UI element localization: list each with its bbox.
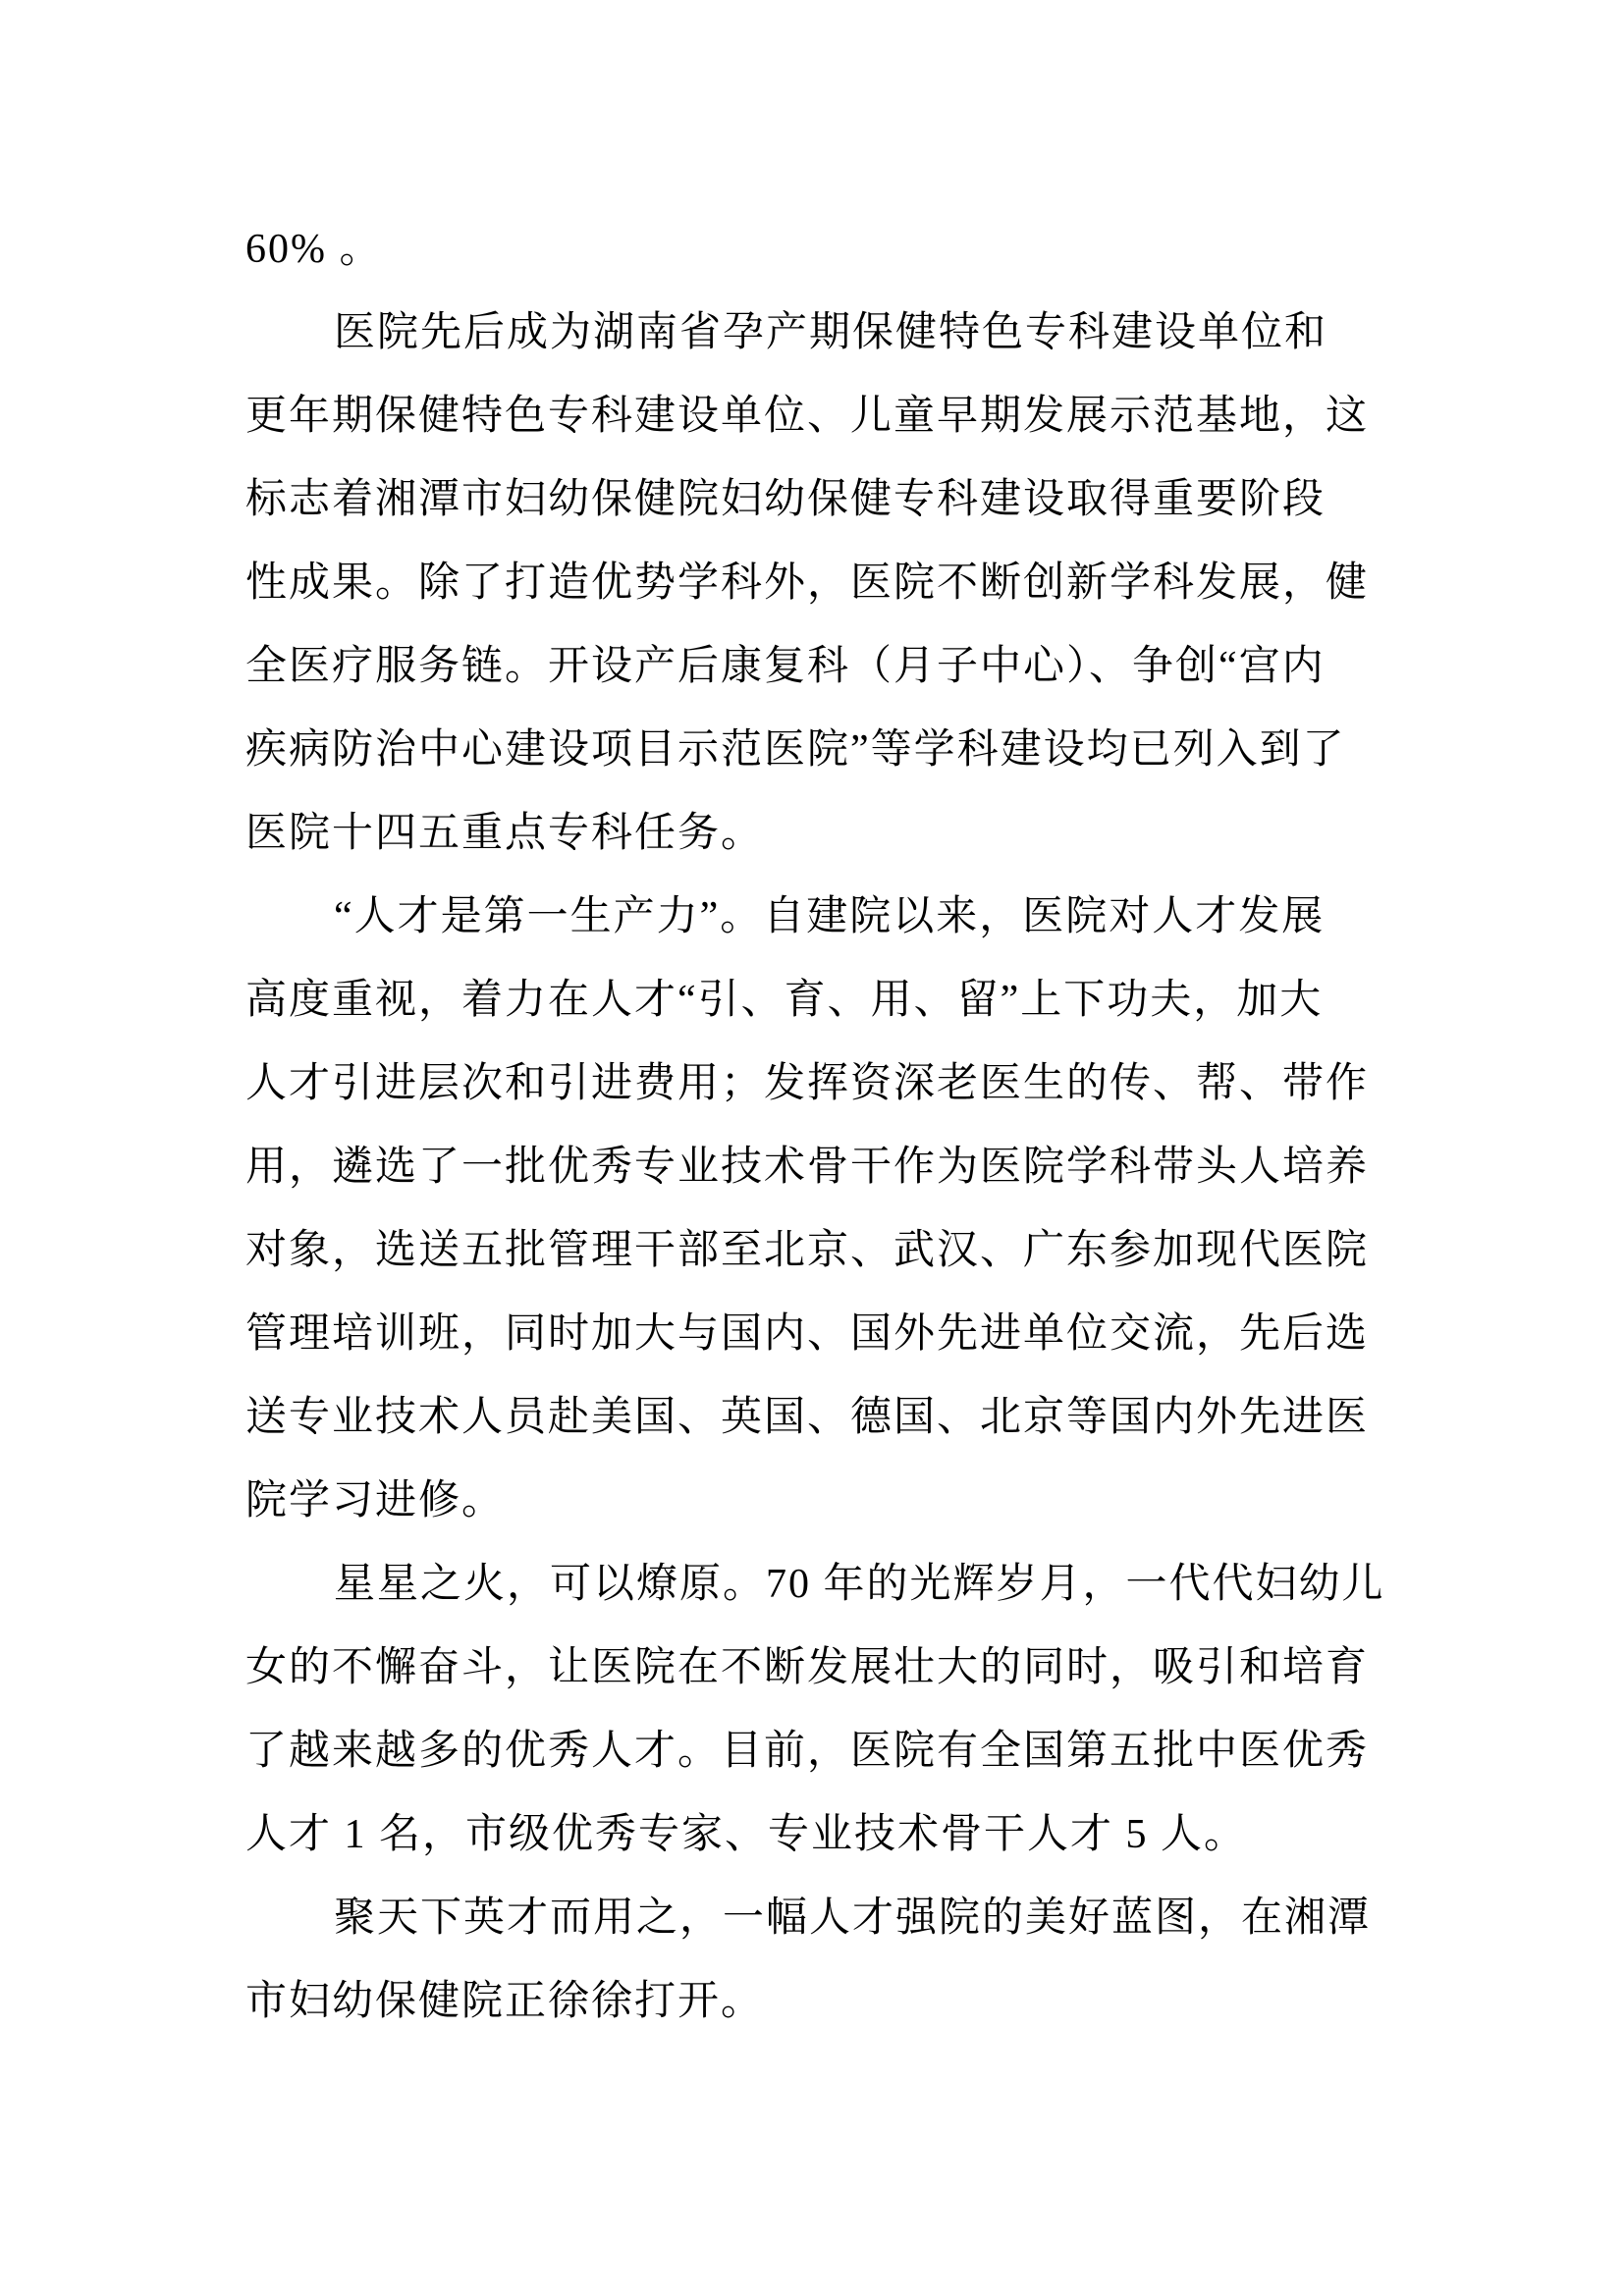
text-line: 全医疗服务链。开设产后康复科（月子中心）、争创“宫内	[245, 625, 1394, 709]
text-line: 聚天下英才而用之，一幅人才强院的美好蓝图，在湘潭	[245, 1877, 1394, 1960]
text-line: 了越来越多的优秀人才。目前，医院有全国第五批中医优秀	[245, 1710, 1394, 1793]
text-line: 用，遴选了一批优秀专业技术骨干作为医院学科带头人培养	[245, 1126, 1394, 1209]
text-line: 更年期保健特色专科建设单位、儿童早期发展示范基地，这	[245, 375, 1394, 458]
text-line: 医院先后成为湖南省孕产期保健特色专科建设单位和	[245, 292, 1394, 375]
text-line: 疾病防治中心建设项目示范医院”等学科建设均已列入到了	[245, 709, 1394, 792]
document-page: 60% 。医院先后成为湖南省孕产期保健特色专科建设单位和更年期保健特色专科建设单…	[0, 0, 1624, 2296]
text-line: “人才是第一生产力”。自建院以来，医院对人才发展	[245, 876, 1394, 959]
text-line: 标志着湘潭市妇幼保健院妇幼保健专科建设取得重要阶段	[245, 458, 1394, 542]
text-line: 人才 1 名，市级优秀专家、专业技术骨干人才 5 人。	[245, 1793, 1394, 1877]
text-line: 对象，选送五批管理干部至北京、武汉、广东参加现代医院	[245, 1209, 1394, 1293]
text-line: 管理培训班，同时加大与国内、国外先进单位交流，先后选	[245, 1293, 1394, 1376]
text-line: 市妇幼保健院正徐徐打开。	[245, 1960, 1394, 2044]
text-line: 医院十四五重点专科任务。	[245, 792, 1394, 876]
text-line: 60% 。	[245, 208, 1394, 292]
text-line: 高度重视，着力在人才“引、育、用、留”上下功夫，加大	[245, 959, 1394, 1042]
text-line: 星星之火，可以燎原。70 年的光辉岁月，一代代妇幼儿	[245, 1543, 1394, 1627]
text-line: 人才引进层次和引进费用；发挥资深老医生的传、帮、带作	[245, 1042, 1394, 1126]
text-block: 60% 。医院先后成为湖南省孕产期保健特色专科建设单位和更年期保健特色专科建设单…	[245, 208, 1394, 2044]
text-line: 女的不懈奋斗，让医院在不断发展壮大的同时，吸引和培育	[245, 1627, 1394, 1710]
text-line: 送专业技术人员赴美国、英国、德国、北京等国内外先进医	[245, 1376, 1394, 1460]
text-line: 院学习进修。	[245, 1460, 1394, 1543]
text-line: 性成果。除了打造优势学科外，医院不断创新学科发展，健	[245, 542, 1394, 625]
